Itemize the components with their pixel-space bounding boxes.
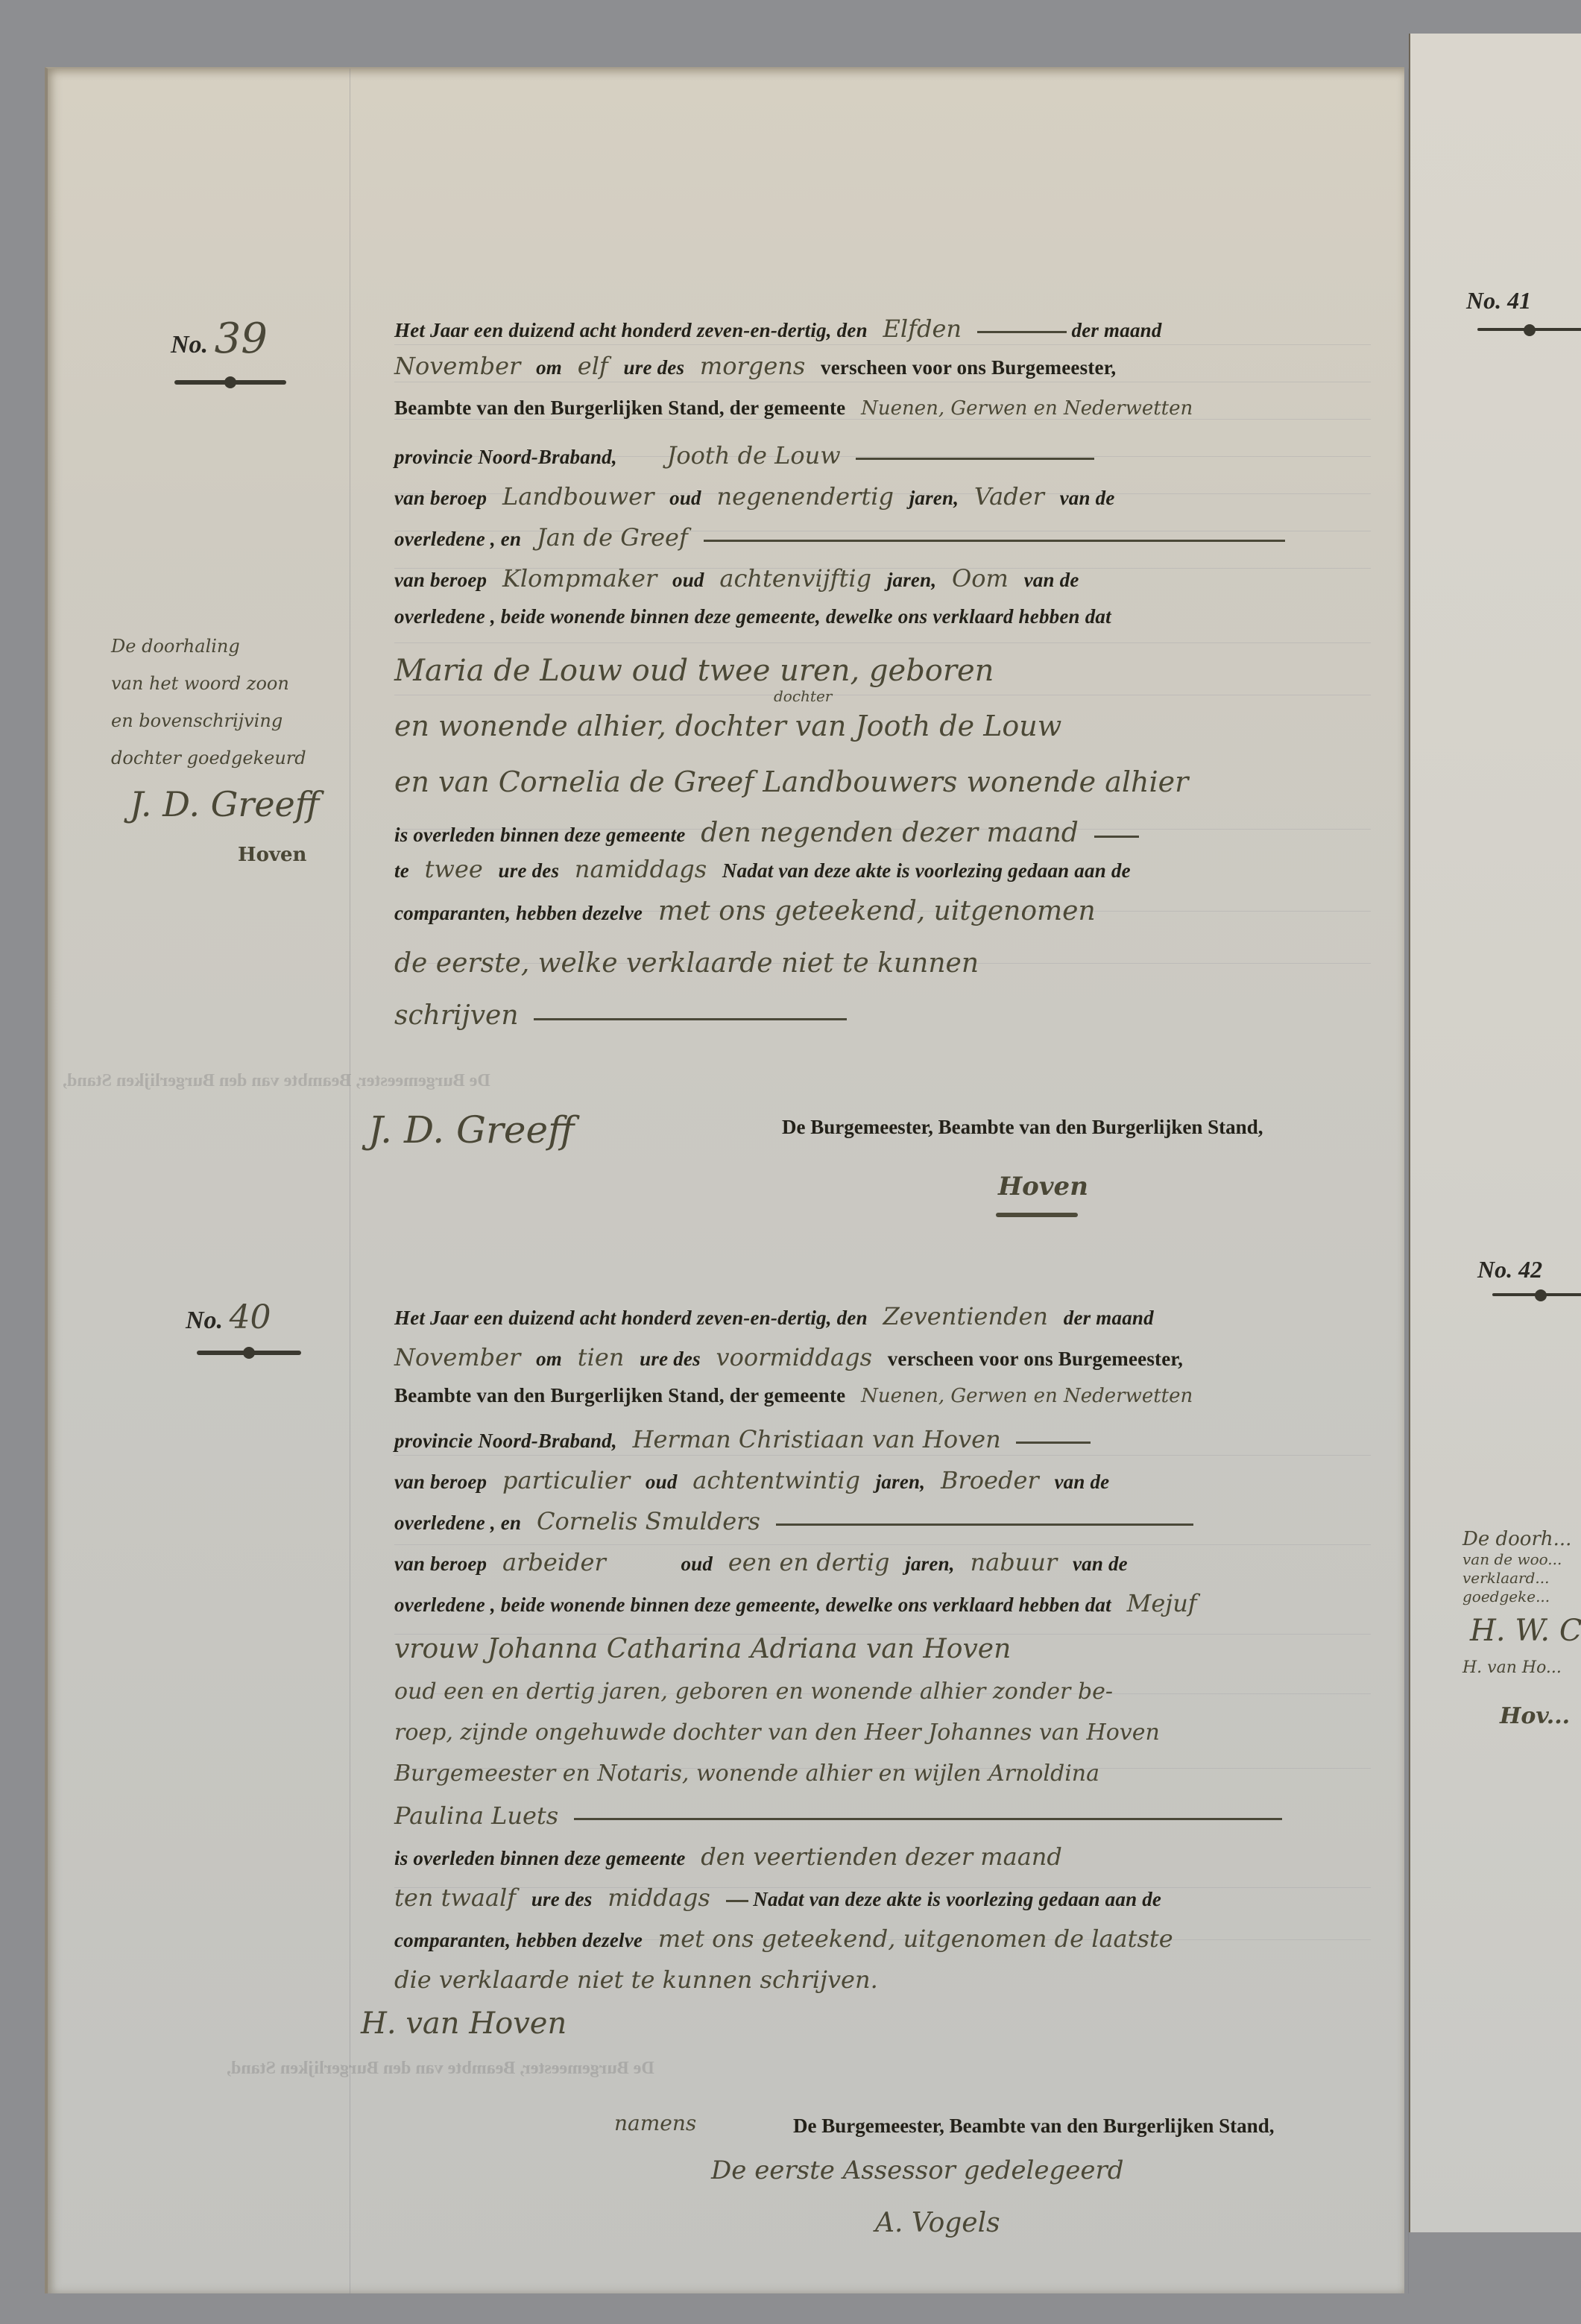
hour-value: elf bbox=[578, 352, 608, 380]
bleed-through-text: De Burgemeester, Beambte van den Burgerl… bbox=[227, 2059, 654, 2079]
line-declarant2: overledene , en Cornelis Smulders bbox=[394, 1507, 1193, 1535]
deceased-line-4: roep, zijnde ongehuwde dochter van den H… bbox=[394, 1720, 1170, 1746]
day-value: Zeventienden bbox=[883, 1302, 1048, 1330]
line-date: Het Jaar een duizend acht honderd zeven-… bbox=[394, 315, 1162, 343]
margin-rule-left bbox=[350, 69, 350, 2293]
line-death-date: is overleden binnen deze gemeente den ne… bbox=[394, 818, 1139, 848]
declarant1-occupation: particulier bbox=[502, 1466, 630, 1494]
line-signed-note: comparanten, hebben dezelve met ons gete… bbox=[394, 896, 1106, 926]
ruled-line bbox=[394, 344, 1371, 345]
margin-annotation: De doorhaling van het woord zoon en bove… bbox=[111, 628, 306, 777]
hour-value: tien bbox=[578, 1343, 625, 1371]
line-month-hour: November om tien ure des voormiddags ver… bbox=[394, 1343, 1183, 1371]
death-time-of-day-value: middags bbox=[608, 1883, 710, 1912]
adjacent-entry-number: No. 41 bbox=[1466, 287, 1531, 315]
interlinear-insert: dochter bbox=[763, 687, 842, 706]
deceased-line-3: en van Cornelia de Greef Landbouwers won… bbox=[394, 765, 1199, 798]
flourish-divider bbox=[1477, 328, 1581, 331]
namens-note: namens bbox=[614, 2111, 696, 2135]
ruled-line bbox=[394, 1455, 1371, 1456]
declarant1-relation: Broeder bbox=[941, 1466, 1039, 1494]
declarant1-name: Herman Christiaan van Hoven bbox=[633, 1425, 1001, 1453]
adjacent-margin-note: van de woo... bbox=[1462, 1550, 1562, 1568]
declarant1-age: negenendertig bbox=[717, 482, 894, 511]
entry-number: No. 40 bbox=[186, 1298, 271, 1336]
line-declaration: overledene , beide wonende binnen deze g… bbox=[394, 1589, 1208, 1617]
register-page: De Burgemeester, Beambte van den Burgerl… bbox=[45, 67, 1404, 2293]
municipality-value: Nuenen, Gerwen en Nederwetten bbox=[861, 1385, 1193, 1407]
declarant2-name: Cornelis Smulders bbox=[537, 1507, 760, 1535]
entry-number-value: 40 bbox=[230, 1298, 271, 1336]
adjacent-margin-note: goedgeke... bbox=[1462, 1588, 1550, 1605]
deceased-line-3: oud een en dertig jaren, geboren en wone… bbox=[394, 1679, 1123, 1705]
adjacent-signature: H. van Ho... bbox=[1462, 1658, 1562, 1677]
line-death-time: ten twaalf ure des middags Nadat van dez… bbox=[394, 1883, 1161, 1912]
time-of-day-value: voormiddags bbox=[716, 1343, 872, 1371]
assessor-signature: A. Vogels bbox=[875, 2208, 1000, 2238]
line-declarant1: provincie Noord-Braband, Herman Christia… bbox=[394, 1425, 1091, 1453]
declarant2-occupation: Klompmaker bbox=[502, 564, 657, 593]
flourish-divider bbox=[197, 1351, 301, 1355]
margin-initials: Hoven bbox=[238, 844, 306, 866]
adjacent-signature: H. W. C... bbox=[1470, 1614, 1581, 1648]
entry-number-value: 39 bbox=[215, 315, 268, 363]
ruled-line bbox=[394, 1544, 1371, 1545]
line-declarant2-details: van beroep arbeider oud een en dertig ja… bbox=[394, 1548, 1128, 1576]
line-declarant2: overledene , en Jan de Greef bbox=[394, 523, 1285, 552]
witness-signature: H. van Hoven bbox=[361, 2006, 567, 2041]
margin-signature: J. D. Greeff bbox=[130, 784, 319, 824]
mayor-title: De Burgemeester, Beambte van den Burgerl… bbox=[793, 2115, 1274, 2138]
declarant1-name: Jooth de Louw bbox=[667, 441, 841, 470]
adjacent-entry-number: No. 42 bbox=[1477, 1256, 1542, 1283]
line-declaration: overledene , beide wonende binnen deze g… bbox=[394, 605, 1111, 628]
flourish-divider bbox=[1492, 1293, 1581, 1296]
assessor-line: De eerste Assessor gedelegeerd bbox=[711, 2156, 1124, 2185]
death-hour-value: ten twaalf bbox=[394, 1883, 516, 1912]
deceased-line-6: Paulina Luets bbox=[394, 1802, 1282, 1830]
declarant2-occupation: arbeider bbox=[502, 1548, 606, 1576]
line-date: Het Jaar een duizend acht honderd zeven-… bbox=[394, 1302, 1154, 1330]
line-municipality: Beambte van den Burgerlijken Stand, der … bbox=[394, 397, 1203, 420]
line-declarant1-details: van beroep Landbouwer oud negenendertig … bbox=[394, 482, 1115, 511]
deceased-line-2: vrouw Johanna Catharina Adriana van Hove… bbox=[394, 1634, 1021, 1664]
line-signed-note-2: die verklaarde niet te kunnen schrijven. bbox=[394, 1965, 889, 1994]
line-signed-note: comparanten, hebben dezelve met ons gete… bbox=[394, 1924, 1184, 1953]
signature-underline bbox=[996, 1213, 1078, 1217]
declarant2-relation: nabuur bbox=[971, 1548, 1058, 1576]
line-death-time: te twee ure des namiddags Nadat van deze… bbox=[394, 855, 1131, 883]
bleed-through-text: De Burgemeester, Beambte van den Burgerl… bbox=[63, 1071, 490, 1091]
declarant2-age: een en dertig bbox=[728, 1548, 890, 1576]
deceased-line-1: Maria de Louw oud twee uren, geboren bbox=[394, 654, 1004, 688]
deceased-line-2: en wonende alhier, dochter van Jooth de … bbox=[394, 710, 1072, 742]
adjacent-page: No. 41 No. 42 De doorh... van de woo... … bbox=[1409, 34, 1581, 2232]
death-hour-value: twee bbox=[425, 855, 483, 883]
month-value: November bbox=[394, 352, 520, 380]
line-declarant1-details: van beroep particulier oud achtentwintig… bbox=[394, 1466, 1109, 1494]
declarant2-relation: Oom bbox=[952, 564, 1009, 593]
declarant1-occupation: Landbouwer bbox=[502, 482, 654, 511]
ruled-line bbox=[394, 642, 1371, 643]
line-municipality: Beambte van den Burgerlijken Stand, der … bbox=[394, 1384, 1203, 1407]
ruled-line bbox=[394, 382, 1371, 382]
declarant1-relation: Vader bbox=[974, 482, 1044, 511]
time-of-day-value: morgens bbox=[700, 352, 805, 380]
line-signed-note-3: schrijven bbox=[394, 1000, 847, 1031]
flourish-divider bbox=[174, 380, 286, 385]
mayor-signature: Hoven bbox=[998, 1172, 1088, 1202]
deceased-line-5: Burgemeester en Notaris, wonende alhier … bbox=[394, 1761, 1110, 1787]
day-value: Elfden bbox=[883, 315, 962, 343]
ruled-line bbox=[394, 695, 1371, 695]
line-signed-note-2: de eerste, welke verklaarde niet te kunn… bbox=[394, 948, 989, 979]
declarant2-age: achtenvijftig bbox=[719, 564, 871, 593]
adjacent-margin-note: verklaard... bbox=[1462, 1569, 1550, 1587]
month-value: November bbox=[394, 1343, 520, 1371]
mayor-title: De Burgemeester, Beambte van den Burgerl… bbox=[782, 1116, 1263, 1139]
death-date-value: den veertienden dezer maand bbox=[701, 1843, 1062, 1871]
entry-number: No. 39 bbox=[171, 315, 268, 363]
witness-signature: J. D. Greeff bbox=[368, 1108, 575, 1152]
death-time-of-day-value: namiddags bbox=[575, 855, 707, 883]
line-month-hour: November om elf ure des morgens verschee… bbox=[394, 352, 1116, 380]
adjacent-signature: Hov... bbox=[1500, 1703, 1570, 1729]
line-declarant2-details: van beroep Klompmaker oud achtenvijftig … bbox=[394, 564, 1079, 593]
death-date-value: den negenden dezer maand bbox=[701, 818, 1079, 848]
municipality-value: Nuenen, Gerwen en Nederwetten bbox=[861, 397, 1193, 420]
line-declarant1: provincie Noord-Braband, Jooth de Louw bbox=[394, 441, 1094, 470]
declarant2-name: Jan de Greef bbox=[537, 523, 688, 552]
line-death-date: is overleden binnen deze gemeente den ve… bbox=[394, 1843, 1073, 1871]
adjacent-margin-note: De doorh... bbox=[1462, 1528, 1571, 1550]
declarant1-age: achtentwintig bbox=[692, 1466, 860, 1494]
